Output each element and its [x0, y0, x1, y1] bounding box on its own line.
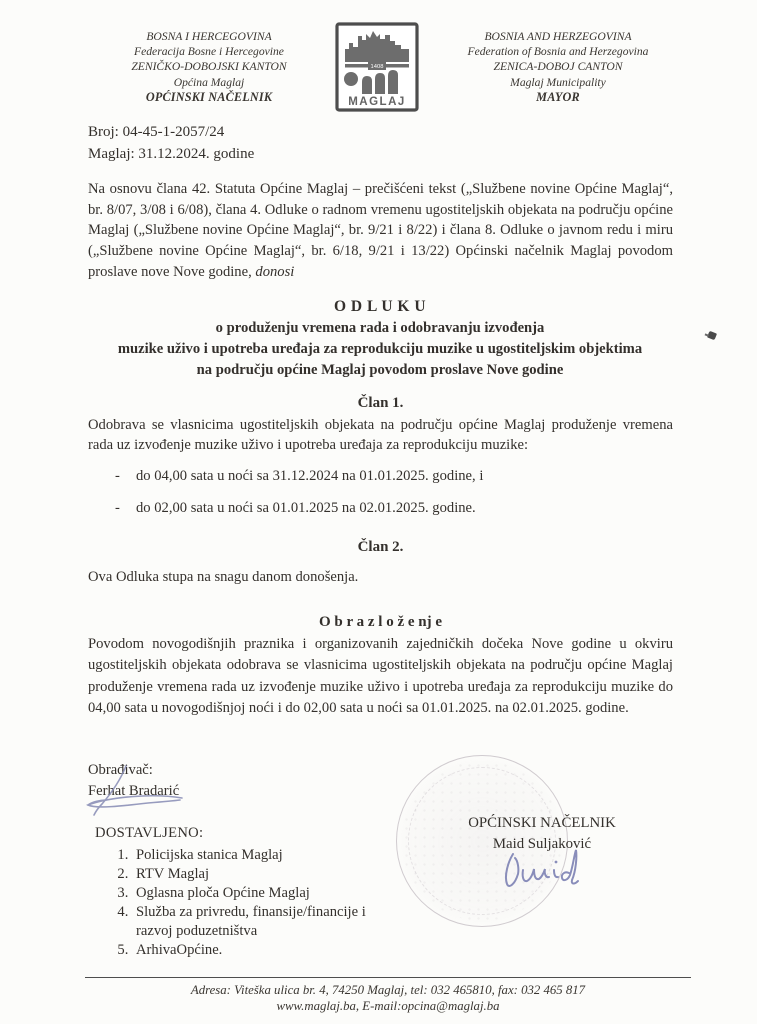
dash-bullet: - [115, 498, 136, 519]
letterhead-line: BOSNIA AND HERZEGOVINA [429, 29, 687, 44]
decision-subtitle: muzike uživo i upotreba uređaja za repro… [60, 339, 700, 360]
letterhead-line: Federacija Bosne i Hercegovine [86, 44, 332, 59]
footer-address: Adresa: Viteška ulica br. 4, 74250 Magla… [85, 983, 691, 999]
document-meta: Broj: 04-45-1-2057/24 Maglaj: 31.12.2024… [88, 122, 254, 165]
preparer-label: Obrađivač: [88, 760, 179, 781]
decision-title: O D L U K U [60, 296, 700, 318]
distribution-item: RTV Maglaj [132, 865, 397, 884]
letterhead-english: BOSNIA AND HERZEGOVINA Federation of Bos… [429, 29, 687, 105]
preparer-block: Obrađivač: Ferhat Bradarić [88, 760, 179, 801]
distribution-block: DOSTAVLJENO: Policijska stanica Maglaj R… [95, 823, 397, 960]
letterhead-line: OPĆINSKI NAČELNIK [86, 90, 332, 105]
article-1-item-text: do 04,00 sata u noći sa 31.12.2024 na 01… [136, 466, 483, 487]
letterhead: BOSNA I HERCEGOVINA Federacija Bosne i H… [86, 22, 688, 112]
letterhead-bosnian: BOSNA I HERCEGOVINA Federacija Bosne i H… [86, 29, 332, 105]
article-1-text: Odobrava se vlasnicima ugostiteljskih ob… [88, 415, 673, 456]
article-1-item: - do 02,00 sata u noći sa 01.01.2025 na … [88, 498, 673, 519]
footer: Adresa: Viteška ulica br. 4, 74250 Magla… [85, 977, 691, 1015]
letterhead-line: Općina Maglaj [86, 75, 332, 90]
letterhead-line: Maglaj Municipality [429, 75, 687, 90]
dash-bullet: - [115, 466, 136, 487]
logo-label: MAGLAJ [348, 96, 406, 108]
document-page: BOSNA I HERCEGOVINA Federacija Bosne i H… [0, 0, 757, 1024]
logo-year: 1408 [371, 64, 384, 70]
signatory-title: OPĆINSKI NAČELNIK [452, 813, 632, 834]
legal-basis-paragraph: Na osnovu člana 42. Statuta Općine Magla… [88, 179, 673, 283]
distribution-item: Policijska stanica Maglaj [132, 846, 397, 865]
maglaj-coat-of-arms-icon: 1408 MAGLAJ [335, 22, 419, 112]
letterhead-line: ZENICA-DOBOJ CANTON [429, 59, 687, 74]
footer-contact: www.maglaj.ba, E-mail:opcina@maglaj.ba [85, 999, 691, 1015]
distribution-list: Policijska stanica Maglaj RTV Maglaj Ogl… [95, 846, 397, 960]
signatory-name: Maid Suljaković [452, 834, 632, 855]
document-body: Na osnovu člana 42. Statuta Općine Magla… [88, 179, 673, 719]
rationale-heading: O b r a z l o ž e nj e [88, 612, 673, 633]
article-1-item: - do 04,00 sata u noći sa 31.12.2024 na … [88, 466, 673, 487]
distribution-heading: DOSTAVLJENO: [95, 823, 397, 843]
ink-speck [707, 331, 717, 340]
distribution-item: Oglasna ploča Općine Maglaj [132, 884, 397, 903]
decision-subtitle: o produženju vremena rada i odobravanju … [60, 318, 700, 339]
rationale-text: Povodom novogodišnjih praznika i organiz… [88, 634, 673, 719]
letterhead-line: BOSNA I HERCEGOVINA [86, 29, 332, 44]
legal-basis-emphasis: donosi [255, 264, 294, 280]
document-date: Maglaj: 31.12.2024. godine [88, 144, 254, 166]
signatory-block: OPĆINSKI NAČELNIK Maid Suljaković [452, 813, 632, 854]
article-2-heading: Član 2. [88, 537, 673, 558]
preparer-name: Ferhat Bradarić [88, 781, 179, 802]
letterhead-line: Federation of Bosnia and Herzegovina [429, 44, 687, 59]
legal-basis-text: Na osnovu člana 42. Statuta Općine Magla… [88, 181, 673, 280]
decision-title-block: O D L U K U o produženju vremena rada i … [60, 296, 700, 381]
article-1-heading: Član 1. [88, 393, 673, 414]
document-number: Broj: 04-45-1-2057/24 [88, 122, 254, 144]
letterhead-line: ZENIČKO-DOBOJSKI KANTON [86, 59, 332, 74]
distribution-item: Služba za privredu, finansije/financije … [132, 903, 397, 941]
letterhead-line: MAYOR [429, 90, 687, 105]
decision-subtitle: na području općine Maglaj povodom prosla… [60, 360, 700, 381]
distribution-item: ArhivaOpćine. [132, 941, 397, 960]
article-2-text: Ova Odluka stupa na snagu danom donošenj… [88, 567, 673, 588]
article-1-item-text: do 02,00 sata u noći sa 01.01.2025 na 02… [136, 498, 476, 519]
